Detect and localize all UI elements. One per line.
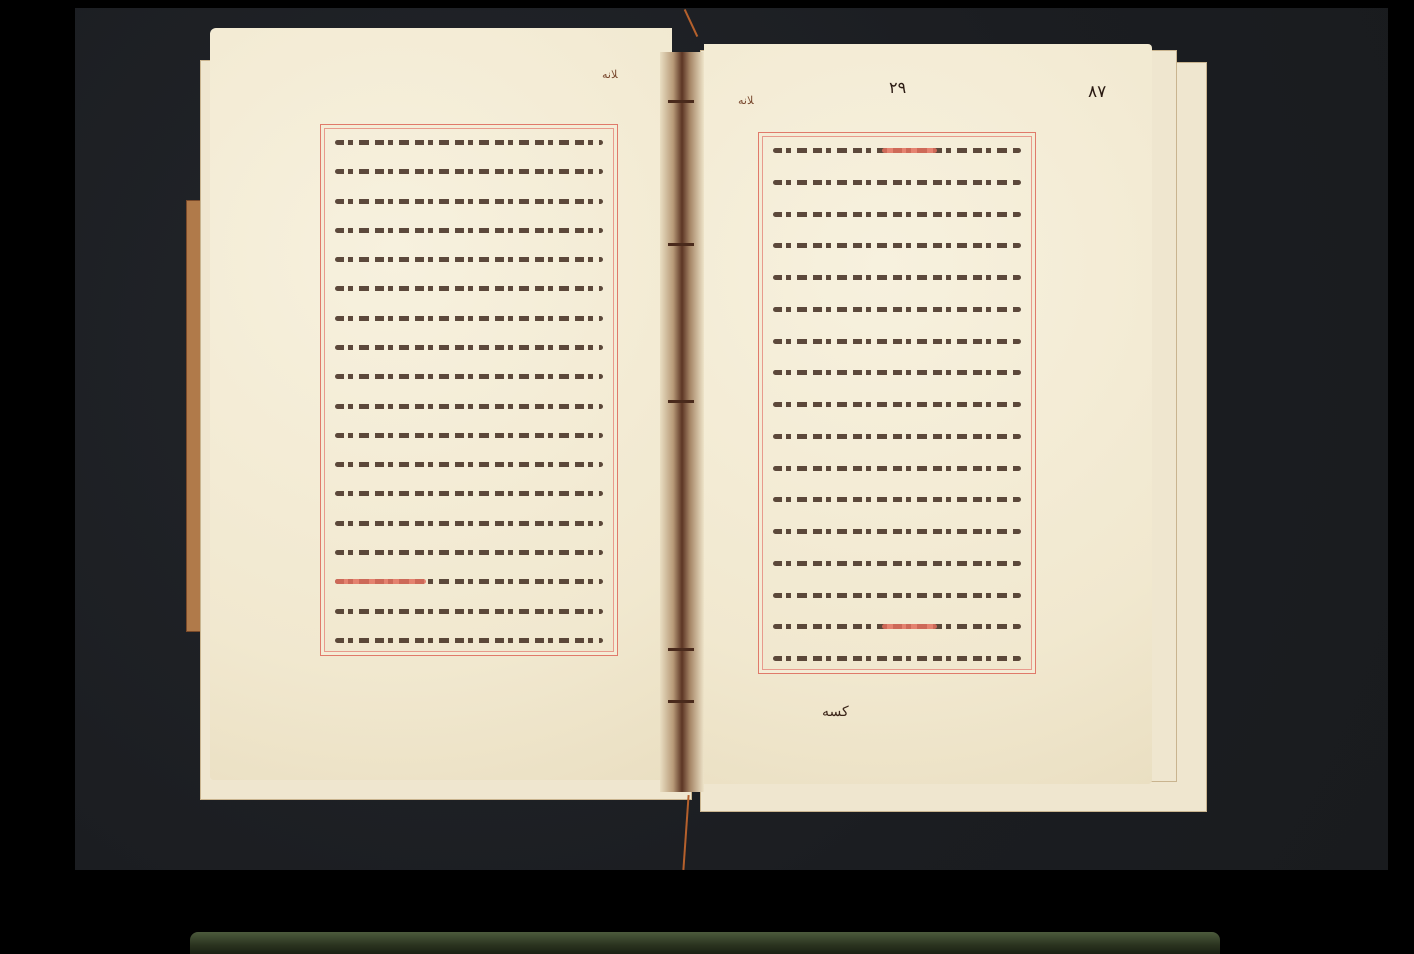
left-text-frame — [320, 124, 618, 656]
manuscript-line — [773, 429, 1021, 443]
manuscript-line — [335, 545, 603, 559]
manuscript-line — [773, 302, 1021, 316]
binding-stitch — [668, 700, 694, 703]
film-strip-edge — [190, 932, 1220, 954]
manuscript-line — [773, 270, 1021, 284]
manuscript-line — [773, 588, 1021, 602]
manuscript-line — [335, 428, 603, 442]
manuscript-line — [773, 461, 1021, 475]
manuscript-line — [773, 207, 1021, 221]
right-page: ٢٩ ﻼﻧﻪ ﻛﺴﻪ — [704, 44, 1152, 784]
manuscript-line — [773, 334, 1021, 348]
left-text-block — [335, 135, 603, 647]
manuscript-line — [335, 340, 603, 354]
manuscript-line — [335, 604, 603, 618]
manuscript-line — [773, 397, 1021, 411]
manuscript-line — [335, 252, 603, 266]
right-text-frame — [758, 132, 1036, 674]
manuscript-line — [335, 369, 603, 383]
manuscript-line — [335, 135, 603, 149]
left-page: ﻼﻧﻪ — [210, 28, 672, 780]
manuscript-line — [773, 556, 1021, 570]
marginal-annotation: ﻼﻧﻪ — [738, 94, 754, 107]
manuscript-line — [335, 281, 603, 295]
rubric-line — [335, 574, 603, 588]
right-text-block — [773, 143, 1021, 665]
manuscript-line — [773, 651, 1021, 665]
manuscript-line — [773, 238, 1021, 252]
manuscript-line — [335, 516, 603, 530]
manuscript-line — [335, 633, 603, 647]
folio-number: ٨٧ — [1088, 82, 1106, 102]
manuscript-line — [773, 524, 1021, 538]
manuscript-line — [335, 457, 603, 471]
manuscript-line — [335, 311, 603, 325]
manuscript-line — [335, 399, 603, 413]
manuscript-line — [335, 164, 603, 178]
book-gutter — [660, 52, 704, 792]
manuscript-line — [335, 486, 603, 500]
catchword: ﻛﺴﻪ — [822, 704, 849, 720]
rubric-line — [773, 619, 1021, 633]
manuscript-line — [773, 175, 1021, 189]
binding-stitch — [668, 243, 694, 246]
binding-stitch — [668, 400, 694, 403]
marginal-annotation: ﻼﻧﻪ — [602, 68, 618, 81]
manuscript-line — [773, 492, 1021, 506]
rubric-line — [773, 143, 1021, 157]
page-number: ٢٩ — [889, 78, 906, 97]
binding-stitch — [668, 100, 694, 103]
binding-stitch — [668, 648, 694, 651]
manuscript-line — [773, 365, 1021, 379]
manuscript-line — [335, 223, 603, 237]
manuscript-line — [335, 194, 603, 208]
